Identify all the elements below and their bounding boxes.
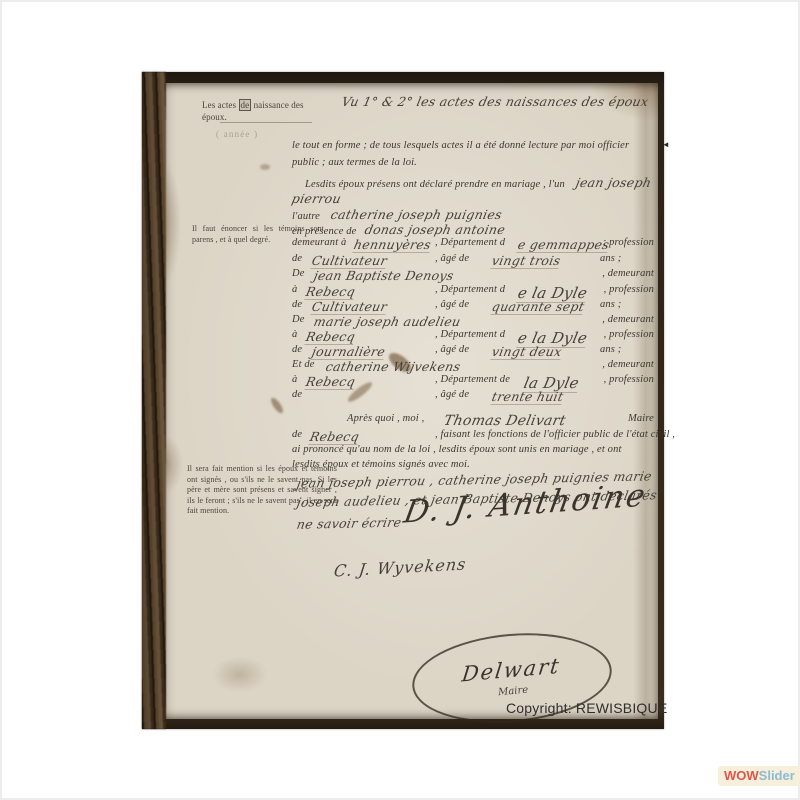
hw-witness1-name: donas joseph antoine bbox=[364, 222, 507, 237]
hw-declaration3: ne savoir écrire bbox=[296, 515, 403, 532]
hw-witness2-place: Rebecq bbox=[306, 284, 355, 300]
printed-text: demeurant à bbox=[292, 237, 346, 248]
hw-groom-last: pierrou bbox=[290, 191, 342, 206]
wowslider-badge[interactable]: WOWSlider bbox=[718, 766, 800, 786]
printed-text: , Département d bbox=[435, 237, 505, 248]
slider-canvas: Les actes de naissance des époux. ( anné… bbox=[0, 0, 800, 800]
hw-seen-acts: Vu 1° & 2° les actes des naissances des … bbox=[340, 94, 650, 109]
ink-smudge bbox=[260, 164, 270, 170]
printed-text: ; profession bbox=[603, 237, 654, 248]
hw-witness3-age: vingt deux bbox=[492, 344, 562, 360]
hw-groom-first: jean joseph bbox=[574, 175, 653, 190]
printed-text: ans ; bbox=[600, 299, 621, 310]
hw-witness1-place: hennuyères bbox=[354, 237, 431, 253]
line-witness4-age: de , âgé de trente huit bbox=[292, 389, 654, 400]
line-presence: en présence de donas joseph antoine bbox=[292, 222, 654, 237]
line-pronounce: ai prononcé qu'au nom de la loi , lesdit… bbox=[292, 444, 654, 455]
copyright-watermark: Copyright: REWISBIQUE bbox=[506, 700, 667, 716]
printed-text: Lesdits époux présens ont déclaré prendr… bbox=[305, 179, 565, 190]
printed-text: , âgé de bbox=[435, 344, 469, 355]
printed-text: de bbox=[292, 429, 302, 440]
line-witness2-name: De jean Baptiste Denoys , demeurant bbox=[292, 268, 654, 279]
printed-text: , demeurant bbox=[602, 268, 654, 279]
printed-text: Maire bbox=[628, 413, 654, 424]
printed-text: , Département d bbox=[435, 284, 505, 295]
printed-text: de bbox=[292, 299, 302, 310]
printed-text: , Département de bbox=[435, 374, 510, 385]
margin-note-text: Les actes bbox=[202, 100, 236, 110]
printed-text: ans ; bbox=[600, 253, 621, 264]
printed-text: , profession bbox=[604, 374, 654, 385]
line-witness4-name: Et de catherine Wijvekens , demeurant bbox=[292, 359, 654, 370]
printed-text: De bbox=[292, 268, 305, 279]
printed-text: de bbox=[292, 253, 302, 264]
printed-text: de bbox=[292, 344, 302, 355]
line-form2: public ; aux termes de la loi. bbox=[292, 157, 654, 168]
book-binding bbox=[142, 72, 166, 729]
line-witness4-place: à Rebecq , Département de la Dyle , prof… bbox=[292, 374, 654, 385]
wowslider-slider-text: Slider bbox=[759, 768, 795, 783]
hw-witness1-prof: Cultivateur bbox=[312, 253, 387, 269]
printed-text: le tout en forme ; de tous lesquels acte… bbox=[292, 140, 629, 151]
line-witness2-prof: de Cultivateur , âgé de quarante sept an… bbox=[292, 299, 654, 310]
line-witness1-prof: de Cultivateur , âgé de vingt trois ans … bbox=[292, 253, 654, 264]
hw-bride: catherine joseph puignies bbox=[329, 207, 503, 222]
line-witness1-place: demeurant à hennuyères , Département d e… bbox=[292, 237, 654, 248]
line-witness3-place: à Rebecq , Département d e la Dyle , pro… bbox=[292, 329, 654, 340]
printed-text: de bbox=[292, 389, 302, 400]
hw-witness2-name: jean Baptiste Denoys bbox=[314, 268, 454, 283]
printed-text: à bbox=[292, 284, 297, 295]
hw-witness3-name: marie joseph audelieu bbox=[314, 314, 461, 329]
printed-text: à bbox=[292, 374, 297, 385]
register-photo: Les actes de naissance des époux. ( anné… bbox=[142, 72, 664, 729]
hw-mayor-name: Thomas Delivart bbox=[444, 413, 566, 429]
line-declare: Lesdits époux présens ont déclaré prendr… bbox=[305, 175, 667, 190]
hw-mayor-place: Rebecq bbox=[310, 429, 359, 445]
printed-text: , Département d bbox=[435, 329, 505, 340]
printed-text: ans ; bbox=[600, 344, 621, 355]
faint-stamp: ( année ) bbox=[216, 129, 258, 139]
printed-text: , âgé de bbox=[435, 253, 469, 264]
margin-arrow-mark: ◄ bbox=[662, 140, 670, 149]
hw-witness2-prof: Cultivateur bbox=[312, 299, 387, 315]
printed-text: , demeurant bbox=[602, 314, 654, 325]
hw-witness4-age: trente huit bbox=[492, 389, 563, 405]
printed-text: Après quoi , moi , bbox=[347, 413, 424, 424]
line-seen-acts: Vu 1° & 2° les actes des naissances des … bbox=[342, 94, 704, 109]
hw-witness1-dept: e gemmappes bbox=[518, 237, 609, 253]
margin-note-birth-acts: Les actes de naissance des époux. bbox=[202, 100, 330, 124]
printed-text: , âgé de bbox=[435, 389, 469, 400]
printed-text: , profession bbox=[604, 284, 654, 295]
printed-text: De bbox=[292, 314, 305, 325]
hw-witness4-name: catherine Wijvekens bbox=[326, 359, 460, 374]
wowslider-wow-text: WOW bbox=[724, 768, 759, 783]
line-groom-last: pierrou bbox=[292, 191, 654, 206]
hw-witness1-age: vingt trois bbox=[492, 253, 560, 269]
margin-rule bbox=[220, 122, 312, 123]
printed-text: en présence de bbox=[292, 226, 357, 237]
line-mayor-place: de Rebecq , faisant les fonctions de l'o… bbox=[292, 429, 654, 440]
hw-witness2-age: quarante sept bbox=[492, 299, 584, 315]
hw-witness3-place: Rebecq bbox=[306, 329, 355, 345]
line-bride: l'autre catherine joseph puignies bbox=[292, 207, 654, 222]
stamp-box: de bbox=[239, 99, 252, 111]
line-signed: lesdits époux et témoins signés avec moi… bbox=[292, 459, 654, 470]
printed-text: l'autre bbox=[292, 211, 320, 222]
line-witness2-place: à Rebecq , Département d e la Dyle , pro… bbox=[292, 284, 654, 295]
printed-text: , âgé de bbox=[435, 299, 469, 310]
printed-text: , profession bbox=[604, 329, 654, 340]
hw-witness3-prof: journalière bbox=[312, 344, 385, 360]
printed-text: à bbox=[292, 329, 297, 340]
line-witness3-prof: de journalière , âgé de vingt deux ans ; bbox=[292, 344, 654, 355]
line-form1: le tout en forme ; de tous lesquels acte… bbox=[292, 140, 654, 151]
printed-text: , faisant les fonctions de l'officier pu… bbox=[435, 429, 675, 440]
printed-text: Et de bbox=[292, 359, 315, 370]
line-witness3-name: De marie joseph audelieu , demeurant bbox=[292, 314, 654, 325]
hw-witness4-place: Rebecq bbox=[306, 374, 355, 390]
printed-text: , demeurant bbox=[602, 359, 654, 370]
